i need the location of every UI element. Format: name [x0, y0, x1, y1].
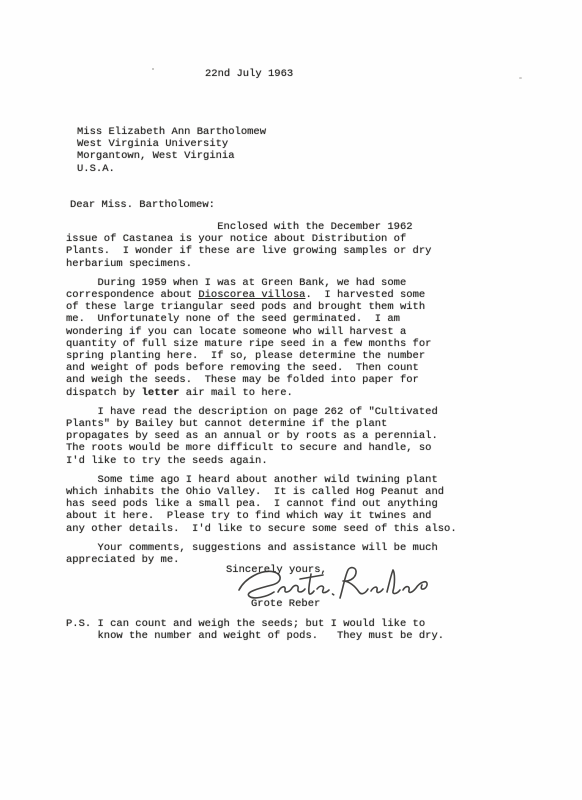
letter-line: U.S.A.	[77, 163, 266, 175]
typed-signature-name: Grote Reber	[251, 598, 320, 610]
letter-line: has seed pods like a small pea. I cannot…	[66, 498, 457, 510]
letter-line: During 1959 when I was at Green Bank, we…	[66, 277, 457, 289]
text-segment: correspondence about	[66, 289, 198, 301]
letter-body: Enclosed with the December 1962issue of …	[66, 221, 457, 573]
letter-line: Some time ago I heard about another wild…	[66, 474, 457, 486]
letter-page: 22nd July 1963 Miss Elizabeth Ann Bartho…	[0, 0, 582, 800]
letter-line: issue of Castanea is your notice about D…	[66, 233, 457, 245]
letter-line: Plants" by Bailey but cannot determine i…	[66, 418, 457, 430]
bold-text: letter	[142, 387, 180, 399]
letter-line: any other details. I'd like to secure so…	[66, 523, 457, 535]
letter-line: quantity of full size mature ripe seed i…	[66, 338, 457, 350]
letter-line: dispatch by letter air mail to here.	[66, 387, 457, 399]
letter-line: propagates by seed as an annual or by ro…	[66, 430, 457, 442]
paragraph: Your comments, suggestions and assistanc…	[66, 542, 457, 566]
paragraph: Some time ago I heard about another wild…	[66, 474, 457, 535]
letter-line: Plants. I wonder if these are live growi…	[66, 245, 457, 257]
letter-line: Your comments, suggestions and assistanc…	[66, 542, 457, 554]
letter-line: which inhabits the Ohio Valley. It is ca…	[66, 486, 457, 498]
letter-line: of these large triangular seed pods and …	[66, 301, 457, 313]
scan-speck	[519, 77, 522, 79]
postscript: P.S. I can count and weigh the seeds; bu…	[66, 618, 444, 642]
paragraph: Enclosed with the December 1962issue of …	[66, 221, 457, 270]
letter-line: West Virginia University	[77, 138, 266, 150]
letter-line: Morgantown, West Virginia	[77, 150, 266, 162]
letter-line: I'd like to try the seeds again.	[66, 455, 457, 467]
letter-line: wondering if you can locate someone who …	[66, 326, 457, 338]
letter-line: I have read the description on page 262 …	[66, 406, 457, 418]
letter-line: spring planting here. If so, please dete…	[66, 350, 457, 362]
text-segment: dispatch by	[66, 387, 142, 399]
scan-speck	[152, 68, 154, 70]
salutation: Dear Miss. Bartholomew:	[70, 199, 215, 211]
text-segment: air mail to here.	[179, 387, 292, 399]
text-segment: . I harvested some	[305, 289, 425, 301]
letter-line: herbarium specimens.	[66, 258, 457, 270]
letter-line: and weight of pods before removing the s…	[66, 362, 457, 374]
letter-line: and weigh the seeds. These may be folded…	[66, 374, 457, 386]
letter-date: 22nd July 1963	[205, 68, 293, 80]
letter-line: P.S. I can count and weigh the seeds; bu…	[66, 618, 444, 630]
paragraph: During 1959 when I was at Green Bank, we…	[66, 277, 457, 399]
recipient-address: Miss Elizabeth Ann BartholomewWest Virgi…	[77, 126, 266, 175]
letter-line: about it here. Please try to find which …	[66, 510, 457, 522]
letter-line: Miss Elizabeth Ann Bartholomew	[77, 126, 266, 138]
underlined-text: Dioscorea villosa	[198, 289, 305, 301]
letter-line: correspondence about Dioscorea villosa. …	[66, 289, 457, 301]
letter-line: know the number and weight of pods. They…	[66, 630, 444, 642]
paragraph: I have read the description on page 262 …	[66, 406, 457, 467]
letter-line: Enclosed with the December 1962	[66, 221, 457, 233]
letter-line: The roots would be more difficult to sec…	[66, 442, 457, 454]
letter-line: me. Unfortunately none of the seed germi…	[66, 313, 457, 325]
